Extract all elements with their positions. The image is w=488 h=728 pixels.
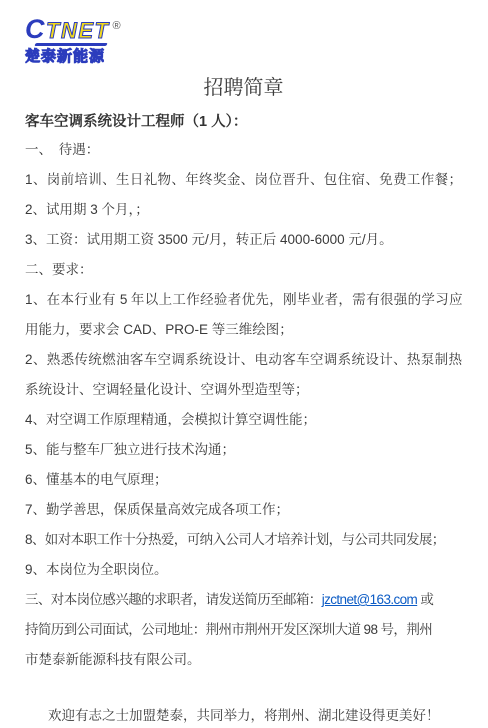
logo-subtext: 楚泰新能源 bbox=[25, 48, 462, 65]
body-line: 4、对空调工作原理精通，会模拟计算空调性能； bbox=[25, 405, 462, 435]
logo-swoosh-underline bbox=[34, 43, 107, 46]
body-line: 三、对本岗位感兴趣的求职者，请发送简历至邮箱：jzctnet@163.com 或 bbox=[25, 585, 462, 615]
body-line: 系统设计、空调轻量化设计、空调外型造型等； bbox=[25, 375, 462, 405]
body-line-text: 三、对本岗位感兴趣的求职者，请发送简历至邮箱： bbox=[25, 592, 322, 607]
body-line: 8、如对本职工作十分热爱，可纳入公司人才培养计划，与公司共同发展； bbox=[25, 525, 462, 555]
body-line: 2、熟悉传统燃油客车空调系统设计、电动客车空调系统设计、热泵制热 bbox=[25, 345, 462, 375]
email-link[interactable]: jzctnet@163.com bbox=[322, 592, 418, 607]
body-line: 市楚泰新能源科技有限公司。 bbox=[25, 645, 462, 675]
body-line: 2、试用期 3 个月，； bbox=[25, 195, 462, 225]
body-lines: 一、 待遇：1、岗前培训、生日礼物、年终奖金、岗位晋升、包住宿、免费工作餐；2、… bbox=[25, 135, 462, 675]
body-line: 5、能与整车厂独立进行技术沟通； bbox=[25, 435, 462, 465]
body-line-text: 或 bbox=[417, 592, 433, 607]
logo-brand-rest: TNET bbox=[46, 18, 109, 43]
body-line: 1、在本行业有 5 年以上工作经验者优先，刚毕业者，需有很强的学习应 bbox=[25, 285, 462, 315]
body-line: 一、 待遇： bbox=[25, 135, 462, 165]
logo-letter-c: C bbox=[25, 14, 46, 44]
closing-line: 欢迎有志之士加盟楚泰，共同举力，将荆州、湖北建设得更美好！ bbox=[25, 701, 462, 728]
body-line: 3、工资：试用期工资 3500 元/月，转正后 4000-6000 元/月。 bbox=[25, 225, 462, 255]
registered-trademark-icon: ® bbox=[112, 20, 120, 32]
body-line: 7、勤学善思，保质保量高效完成各项工作； bbox=[25, 495, 462, 525]
company-logo: CTNET® 楚泰新能源 bbox=[25, 14, 462, 65]
body-line: 1、岗前培训、生日礼物、年终奖金、岗位晋升、包住宿、免费工作餐； bbox=[25, 165, 462, 195]
body-line: 持简历到公司面试，公司地址：荆州市荆州开发区深圳大道 98 号，荆州 bbox=[25, 615, 462, 645]
body-line: 9、本岗位为全职岗位。 bbox=[25, 555, 462, 585]
body-line: 6、懂基本的电气原理； bbox=[25, 465, 462, 495]
document-page: CTNET® 楚泰新能源 招聘简章 客车空调系统设计工程师（1 人）： 一、 待… bbox=[0, 0, 488, 728]
position-heading: 客车空调系统设计工程师（1 人）： bbox=[25, 112, 462, 132]
logo-brand-text: CTNET® bbox=[25, 14, 462, 43]
body-line: 用能力，要求会 CAD、PRO-E 等三维绘图； bbox=[25, 315, 462, 345]
body-line: 二、要求： bbox=[25, 255, 462, 285]
page-title: 招聘简章 bbox=[25, 75, 462, 101]
